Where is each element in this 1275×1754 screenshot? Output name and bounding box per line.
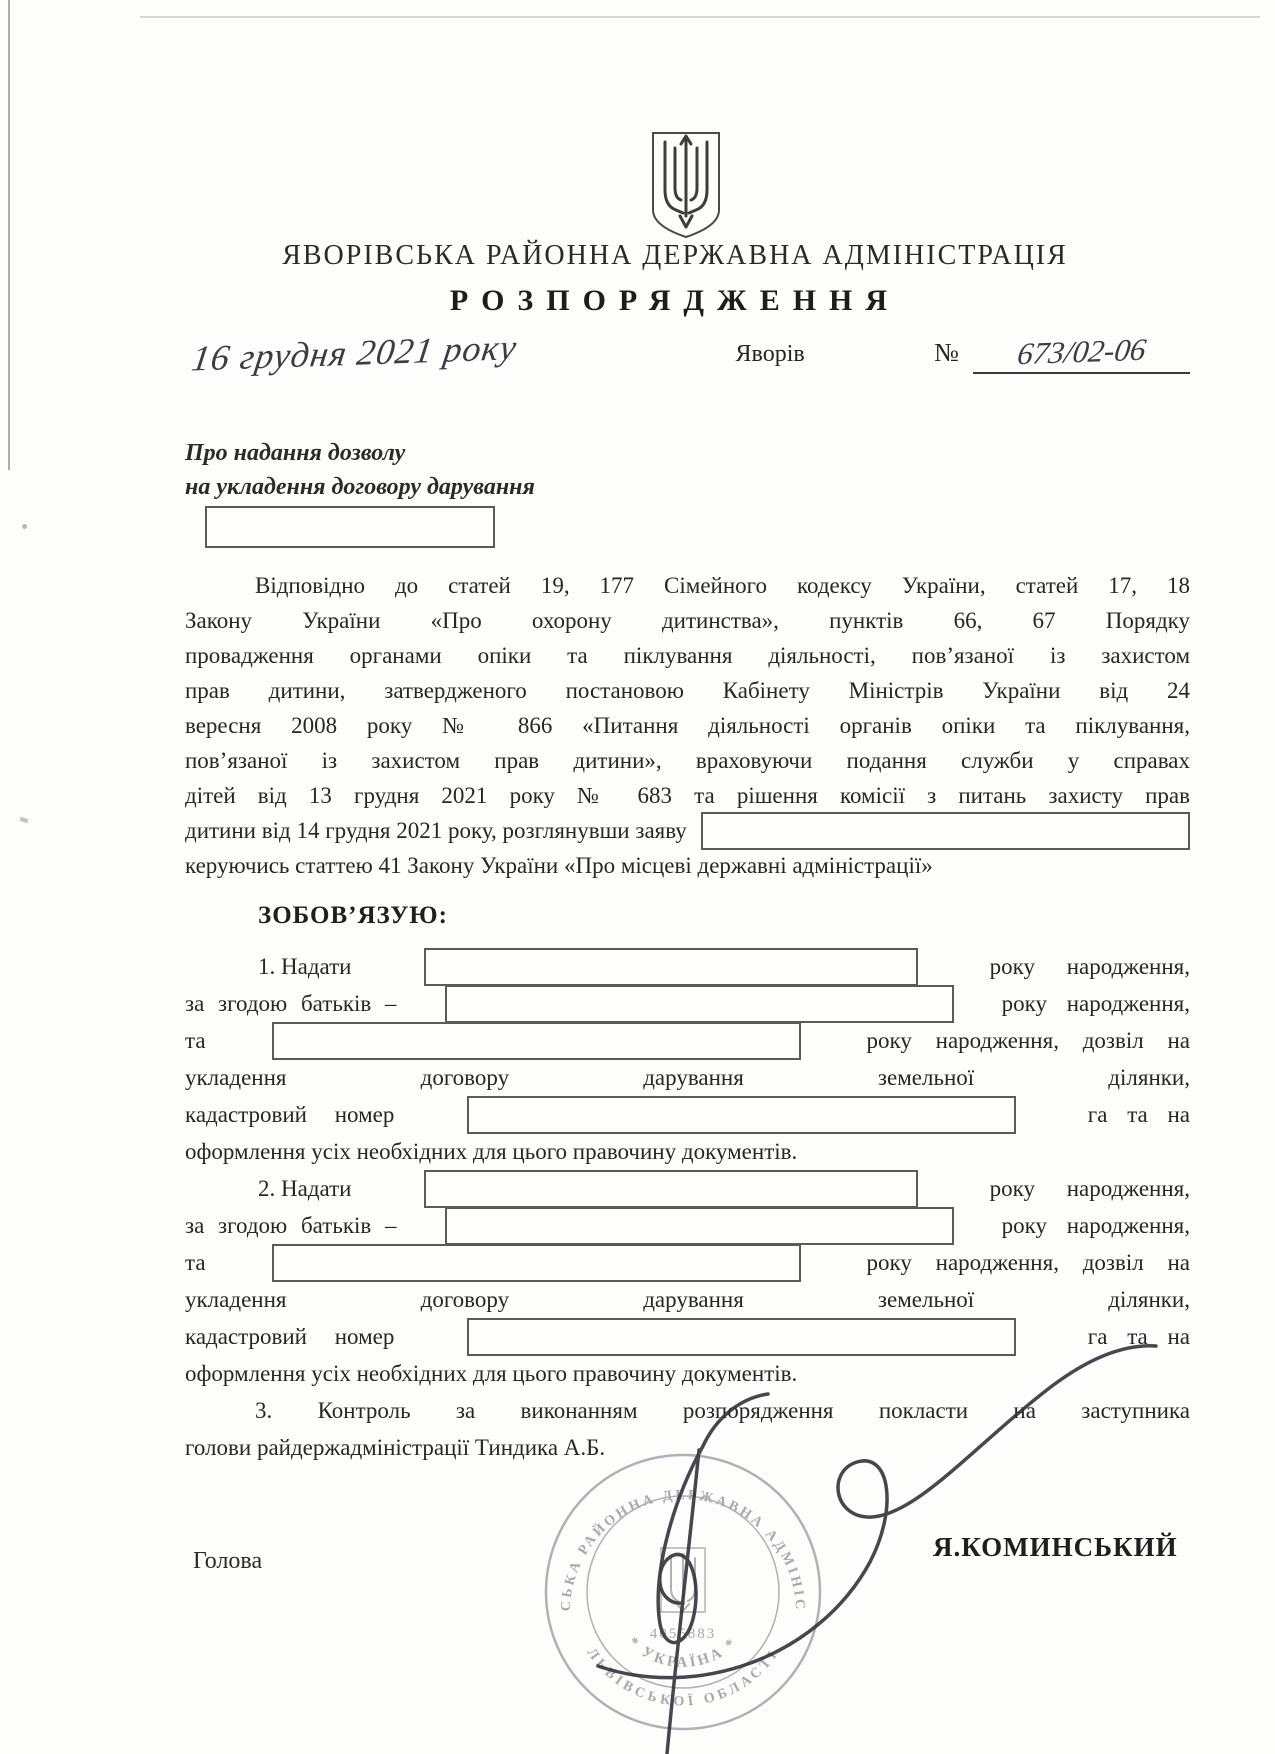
item-line: оформлення усіх необхідних для цього пра… bbox=[185, 1133, 1190, 1170]
number-sign: № bbox=[934, 338, 959, 374]
item-line: за згодою батьків – року народження, bbox=[185, 1207, 1190, 1244]
item-line: кадастровий номер га та на bbox=[185, 1096, 1190, 1133]
item-line: та року народження, дозвіл на bbox=[185, 1022, 1190, 1059]
intro-line: Закону України «Про охорону дитинства», … bbox=[185, 603, 1190, 638]
item-line: укладення договору дарування земельної д… bbox=[185, 1281, 1190, 1318]
item-line: за згодою батьків – року народження, bbox=[185, 985, 1190, 1022]
subject-line-1: Про надання дозволу bbox=[185, 436, 785, 470]
resolution-heading: ЗОБОВ’ЯЗУЮ: bbox=[258, 902, 448, 930]
item-text: року народження, bbox=[990, 954, 1190, 980]
item-line: та року народження, дозвіл на bbox=[185, 1244, 1190, 1281]
redaction-box bbox=[424, 1170, 918, 1208]
item-text: та bbox=[185, 1250, 206, 1276]
redaction-box bbox=[205, 506, 495, 548]
item-number: 2. Надати bbox=[258, 1176, 352, 1202]
intro-line: Відповідно до статей 19, 177 Сімейного к… bbox=[185, 568, 1190, 603]
number-group: № 673/02-06 bbox=[934, 334, 1190, 374]
intro-line: прав дитини, затвердженого постановою Ка… bbox=[185, 673, 1190, 708]
subject-block: Про надання дозволу на укладення договор… bbox=[185, 436, 785, 504]
item-text: та bbox=[185, 1028, 206, 1054]
redaction-box bbox=[424, 948, 918, 986]
item-text: року народження, bbox=[1002, 1213, 1190, 1239]
item-line: 2. Надати року народження, bbox=[185, 1170, 1190, 1207]
item-1: 1. Надати року народження, за згодою бат… bbox=[185, 948, 1190, 1170]
item-text: га та на bbox=[1088, 1102, 1190, 1128]
scan-speck bbox=[20, 817, 29, 823]
intro-line: дітей від 13 грудня 2021 року № 683 та р… bbox=[185, 778, 1190, 813]
item-text: року народження, bbox=[990, 1176, 1190, 1202]
intro-line: провадження органами опіки та піклування… bbox=[185, 638, 1190, 673]
signature bbox=[500, 1330, 1200, 1754]
number-underline: 673/02-06 bbox=[973, 334, 1190, 374]
handwritten-date: 16 грудня 2021 року bbox=[181, 326, 520, 380]
item-line: 1. Надати року народження, bbox=[185, 948, 1190, 985]
handwritten-number: 673/02-06 bbox=[1015, 332, 1148, 372]
item-text: року народження, дозвіл на bbox=[867, 1250, 1190, 1276]
intro-paragraph: Відповідно до статей 19, 177 Сімейного к… bbox=[185, 568, 1190, 883]
intro-line: керуючись статтею 41 Закону України «Про… bbox=[185, 848, 1190, 883]
scan-speck bbox=[22, 524, 27, 529]
intro-line: пов’язаної із захистом прав дитини», вра… bbox=[185, 743, 1190, 778]
intro-line-with-redaction: дитини від 14 грудня 2021 року, розгляну… bbox=[185, 813, 1190, 848]
item-text: за згодою батьків – bbox=[185, 1213, 397, 1239]
item-text: за згодою батьків – bbox=[185, 991, 397, 1017]
item-text: року народження, дозвіл на bbox=[867, 1028, 1190, 1054]
redaction-box bbox=[701, 812, 1190, 850]
dateline-row: 16 грудня 2021 року Яворів № 673/02-06 bbox=[185, 322, 1190, 374]
scan-edge-line bbox=[8, 0, 10, 470]
intro-line: вересня 2008 року № 866 «Питання діяльно… bbox=[185, 708, 1190, 743]
item-text: кадастровий номер bbox=[185, 1102, 394, 1128]
signer-title: Голова bbox=[193, 1548, 262, 1575]
place-name: Яворів bbox=[736, 341, 805, 374]
trident-emblem-icon bbox=[650, 130, 722, 240]
item-number: 1. Надати bbox=[258, 954, 352, 980]
institution-name: ЯВОРІВСЬКА РАЙОННА ДЕРЖАВНА АДМІНІСТРАЦІ… bbox=[150, 240, 1200, 272]
redaction-box bbox=[272, 1022, 801, 1060]
document-type-heading: РОЗПОРЯДЖЕННЯ bbox=[150, 284, 1200, 318]
item-text: року народження, bbox=[1002, 991, 1190, 1017]
scan-streak bbox=[140, 16, 1260, 18]
redaction-box bbox=[272, 1244, 801, 1282]
intro-line: дитини від 14 грудня 2021 року, розгляну… bbox=[185, 813, 687, 848]
item-line: укладення договору дарування земельної д… bbox=[185, 1059, 1190, 1096]
redaction-box bbox=[445, 985, 954, 1023]
redaction-box bbox=[467, 1096, 1016, 1134]
subject-line-2: на укладення договору дарування bbox=[185, 470, 785, 504]
item-text: кадастровий номер bbox=[185, 1324, 394, 1350]
scanned-decree-page: ЯВОРІВСЬКА РАЙОННА ДЕРЖАВНА АДМІНІСТРАЦІ… bbox=[0, 0, 1275, 1754]
redaction-box bbox=[445, 1207, 954, 1245]
